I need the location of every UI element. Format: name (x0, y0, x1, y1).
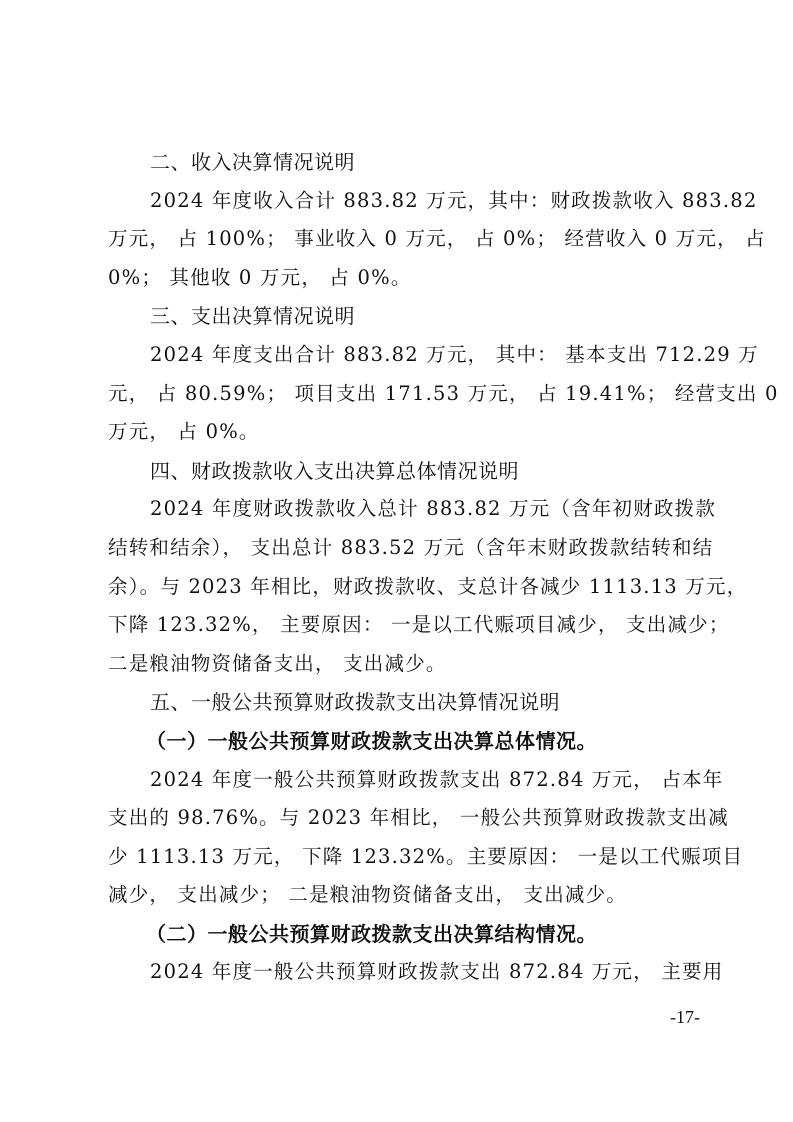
paragraph-line: 2024 年度财政拨款收入总计 883.82 万元（含年初财政拨款 (108, 490, 692, 529)
paragraph-line: 2024 年度支出合计 883.82 万元， 其中： 基本支出 712.29 万 (108, 336, 692, 375)
paragraph-line: 2024 年度一般公共预算财政拨款支出 872.84 万元， 占本年 (108, 761, 692, 800)
section-heading-income: 二、收入决算情况说明 (108, 143, 692, 182)
paragraph-line: 二是粮油物资储备支出， 支出减少。 (108, 645, 692, 684)
paragraph-line: 支出的 98.76%。与 2023 年相比， 一般公共预算财政拨款支出减 (108, 799, 692, 838)
section-heading-general-budget: 五、一般公共预算财政拨款支出决算情况说明 (108, 683, 692, 722)
paragraph-line: 余）。与 2023 年相比，财政拨款收、支总计各减少 1113.13 万元， (108, 568, 692, 607)
paragraph-line: 下降 123.32%， 主要原因： 一是以工代赈项目减少， 支出减少； (108, 606, 692, 645)
paragraph-line: 万元， 占 0%。 (108, 413, 692, 452)
section-heading-expenditure: 三、支出决算情况说明 (108, 297, 692, 336)
paragraph-line: 少 1113.13 万元， 下降 123.32%。主要原因： 一是以工代赈项目 (108, 838, 692, 877)
paragraph-line: 0%； 其他收 0 万元， 占 0%。 (108, 259, 692, 298)
paragraph-line: 万元， 占 100%； 事业收入 0 万元， 占 0%； 经营收入 0 万元， … (108, 220, 692, 259)
paragraph-line: 减少， 支出减少； 二是粮油物资储备支出， 支出减少。 (108, 876, 692, 915)
paragraph-line: 结转和结余）， 支出总计 883.52 万元（含年末财政拨款结转和结 (108, 529, 692, 568)
paragraph-line: 元， 占 80.59%； 项目支出 171.53 万元， 占 19.41%； 经… (108, 375, 692, 414)
section-heading-fiscal-appropriation: 四、财政拨款收入支出决算总体情况说明 (108, 452, 692, 491)
page-number: -17- (640, 1007, 700, 1028)
document-page: 二、收入决算情况说明 2024 年度收入合计 883.82 万元，其中：财政拨款… (108, 143, 692, 992)
subsection-heading-overall: （一）一般公共预算财政拨款支出决算总体情况。 (108, 722, 692, 761)
paragraph-line: 2024 年度一般公共预算财政拨款支出 872.84 万元， 主要用 (108, 953, 692, 992)
paragraph-line: 2024 年度收入合计 883.82 万元，其中：财政拨款收入 883.82 (108, 182, 692, 221)
subsection-heading-structure: （二）一般公共预算财政拨款支出决算结构情况。 (108, 915, 692, 954)
